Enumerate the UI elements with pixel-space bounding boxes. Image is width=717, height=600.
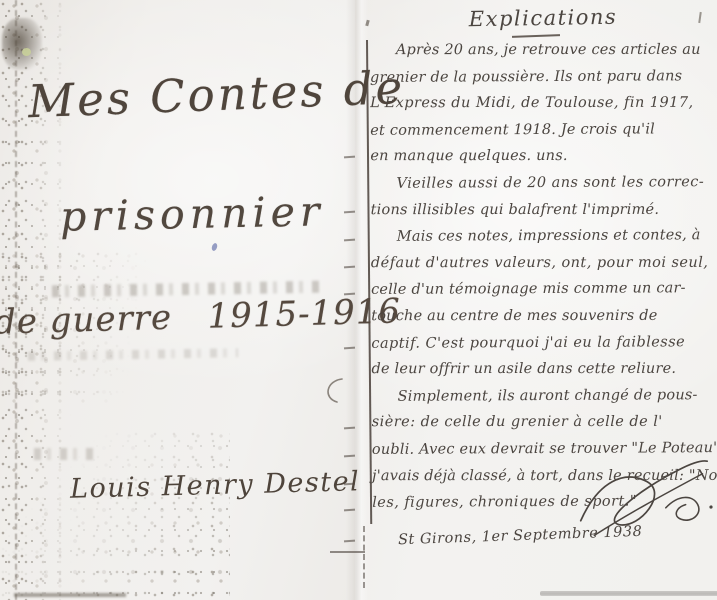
stray-pen-mark [320, 376, 346, 406]
margin-cross-dash [330, 551, 365, 553]
body-line: grenier de la poussière. Ils ont paru da… [370, 63, 716, 91]
body-line: en manque quelques. uns. [370, 143, 716, 170]
body-text: Après 20 ans, je retrouve ces articles a… [370, 36, 717, 516]
body-line: Simplement, ils auront changé de pous- [372, 382, 717, 410]
body-line: captif. C'est pourquoi j'ai eu la faible… [371, 329, 717, 357]
margin-rule-dashed [363, 526, 365, 588]
signature-flourish-icon [568, 445, 717, 557]
body-line: et commencement 1918. Je crois qu'il [370, 116, 716, 144]
crease-line [15, 0, 17, 600]
manuscript-scan: Mes Contes de prisonnier de guerre 1915-… [0, 0, 717, 600]
bottom-edge-smudge [14, 593, 126, 597]
scan-edge-bar [540, 591, 717, 596]
body-line: sière: de celle du grenier à celle de l' [372, 409, 717, 436]
body-line: défaut d'autres valeurs, ont, pour moi s… [371, 250, 717, 277]
body-line: L'Express du Midi, de Toulouse, fin 1917… [370, 90, 716, 117]
title-line-2: prisonnier [60, 187, 325, 241]
body-line: de leur offrir un asile dans cette reliu… [371, 356, 717, 383]
body-line: Après 20 ans, je retrouve ces articles a… [370, 37, 716, 64]
body-line: Vieilles aussi de 20 ans sont les correc… [370, 169, 716, 197]
body-line: Mais ces notes, impressions et contes, à [371, 222, 717, 250]
green-fleck [22, 48, 31, 56]
body-line: touche au centre de mes souvenirs de [371, 303, 717, 330]
ink-blob-top-left [2, 18, 42, 70]
body-line: celle d'un témoignage mis comme un car- [371, 275, 717, 303]
body-line: tions illisibles qui balafrent l'imprimé… [371, 196, 717, 223]
